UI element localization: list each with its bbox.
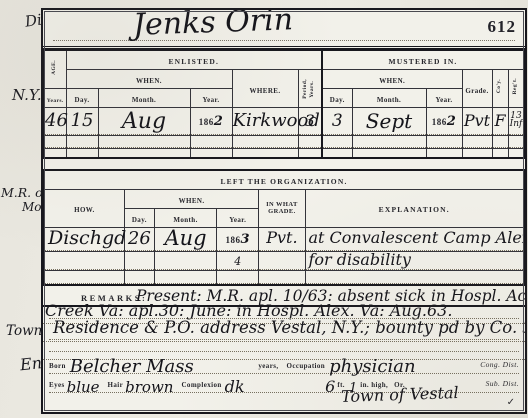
enl-year-label: Year. [202, 96, 219, 104]
must-month-header: Month. [352, 89, 426, 108]
how-label: HOW. [74, 206, 95, 214]
how-cell: Dischgd [44, 227, 124, 251]
left-grade-cell: Pvt. [259, 227, 305, 251]
occupation-label: Occupation [286, 362, 325, 373]
must-year-header: Year. [426, 89, 462, 108]
enl-day-header: Day. [66, 89, 98, 108]
left-year-printed: 186 [225, 235, 240, 245]
blank-cell [462, 136, 492, 149]
blank-cell [44, 251, 124, 270]
enl-month-header: Month. [98, 89, 190, 108]
enl-year-printed: 186 [199, 117, 214, 127]
cong-dist-label: Cong. Dist. [480, 361, 519, 373]
mustered-label: MUSTERED IN. [389, 57, 458, 66]
how-header-cell: HOW. [44, 189, 124, 227]
left-year-note: 4 [234, 255, 241, 268]
left-month-label: Month. [173, 216, 197, 224]
enl-day-value: 15 [71, 110, 94, 131]
name-row: Jenks Orin 612 [43, 10, 525, 49]
years-label: years, [258, 362, 278, 373]
left-year-digit: 3 [240, 232, 250, 247]
grade-value: Pvt [464, 111, 490, 130]
inwhatgrade-label-2: GRADE. [259, 208, 304, 215]
enl-month-cell: Aug [98, 108, 190, 136]
blank-cell [66, 136, 98, 149]
inwhatgrade-header-cell: IN WHAT GRADE. [259, 189, 305, 227]
period-header-cell: Period,Years. [298, 70, 322, 108]
blank-cell [190, 136, 232, 149]
left-day-value: 26 [128, 228, 151, 249]
blank-cell [508, 136, 524, 149]
occupation-value: physician [329, 358, 415, 376]
left-when-label: WHEN. [179, 197, 205, 205]
age-sub-cell: Years. [44, 89, 66, 108]
margin-note-muster-ref2: Mo [22, 201, 42, 213]
company-header-cell: Co'y. [492, 70, 508, 108]
eyes-label: Eyes [49, 381, 65, 392]
enl-day-cell: 15 [66, 108, 98, 136]
grade-label: Grade. [465, 87, 488, 95]
company-value: F [494, 111, 505, 130]
left-when-cell: WHEN. [124, 189, 259, 208]
record-card: Jenks Orin 612 AGE. ENLISTED. MUSTERED I… [41, 8, 527, 414]
left-year-label: Year. [229, 216, 246, 224]
blank-cell [492, 149, 508, 158]
name-rule [53, 40, 515, 41]
blank-cell [492, 136, 508, 149]
enlisted-header-cell: ENLISTED. [66, 50, 322, 70]
blank-cell [44, 136, 66, 149]
blank-cell [298, 136, 322, 149]
district-row: Town of Vestal ✓ [49, 393, 519, 412]
must-year-printed: 186 [432, 117, 447, 127]
blank-cell [322, 149, 352, 158]
blank-cell [154, 270, 216, 285]
period-value: 3 [305, 111, 315, 130]
blank-cell [98, 136, 190, 149]
blank-cell [259, 270, 305, 285]
age-years-label: Years. [47, 98, 64, 104]
blank-cell [352, 136, 426, 149]
blank-cell [508, 149, 524, 158]
blank-cell [154, 251, 216, 270]
left-month-cell: Aug [154, 227, 216, 251]
enlisted-when-cell: WHEN. [66, 70, 232, 89]
blank-cell [98, 149, 190, 158]
blank-cell [259, 251, 305, 270]
blank-cell [298, 149, 322, 158]
enlisted-when-label: WHEN. [136, 77, 162, 85]
must-day-header: Day. [322, 89, 352, 108]
must-month-cell: Sept [352, 108, 426, 136]
explanation-cell-2: for disability [305, 251, 524, 270]
explanation-label: EXPLANATION. [379, 205, 450, 214]
must-year-digit: 2 [447, 114, 457, 129]
must-month-label: Month. [377, 96, 401, 104]
must-day-label: Day. [330, 96, 345, 104]
born-row: Born Belcher Mass years, Occupation phys… [49, 352, 519, 374]
sub-dist-label: Sub. Dist. [486, 380, 519, 392]
blank-cell [462, 149, 492, 158]
checkmark-icon: ✓ [507, 397, 515, 408]
how-value: Dischgd [48, 227, 126, 249]
grade-header-cell: Grade. [462, 70, 492, 108]
blank-cell [124, 251, 154, 270]
age-header-cell: AGE. [44, 50, 66, 89]
period-label-2: Years. [310, 79, 316, 99]
hair-label: Hair [108, 381, 124, 392]
blank-cell [426, 136, 462, 149]
mustered-when-cell: WHEN. [322, 70, 462, 89]
age-value-cell: 46 [44, 108, 66, 136]
age-value: 46 [45, 110, 68, 131]
regiment-label: Reg't. [513, 78, 519, 94]
enl-month-value: Aug [122, 109, 166, 134]
company-cell: F [492, 108, 508, 136]
blank-cell [44, 270, 124, 285]
left-organization-table: LEFT THE ORGANIZATION. HOW. WHEN. IN WHA… [43, 169, 525, 287]
grade-cell: Pvt [462, 108, 492, 136]
blank-cell [66, 149, 98, 158]
blank-rule [49, 340, 519, 352]
left-year-cell: 1863 [217, 227, 259, 251]
district-value: Town of Vestal [341, 385, 459, 405]
must-year-cell: 1862 [426, 108, 462, 136]
record-page: Dig N.Y. M.R. oct 63 Mo Town R Enl Jenks… [0, 0, 528, 418]
left-month-header: Month. [154, 208, 216, 227]
period-cell: 3 [298, 108, 322, 136]
enl-year-cell: 1862 [190, 108, 232, 136]
where-header-cell: WHERE. [232, 70, 298, 108]
regiment-value: 13 Inf [509, 112, 524, 129]
blank-cell [322, 136, 352, 149]
regiment-cell: 13 Inf [508, 108, 524, 136]
enl-month-label: Month. [132, 96, 156, 104]
blank-cell [44, 149, 66, 158]
where-cell: Kirkwood [232, 108, 298, 136]
blank-cell [426, 149, 462, 158]
left-year-note-cell: 4 [217, 251, 259, 270]
explanation-cell-1: at Convalescent Camp Alex. Va [305, 227, 524, 251]
soldier-name: Jenks Orin [133, 8, 294, 41]
left-grade-value: Pvt. [266, 228, 297, 247]
residence-line: Residence & P.O. address Vestal, N.Y.; b… [49, 319, 519, 340]
enl-day-label: Day. [74, 96, 89, 104]
enlistment-muster-table: AGE. ENLISTED. MUSTERED IN. WHEN. WHERE.… [43, 49, 525, 159]
left-org-title-cell: LEFT THE ORGANIZATION. [44, 170, 524, 190]
blank-cell [190, 149, 232, 158]
enl-year-digit: 2 [214, 114, 224, 129]
blank-cell [232, 149, 298, 158]
must-year-label: Year. [435, 96, 452, 104]
born-label: Born [49, 362, 66, 373]
blank-cell [217, 270, 259, 285]
left-org-title: LEFT THE ORGANIZATION. [220, 177, 347, 186]
left-day-label: Day. [132, 216, 147, 224]
blank-cell [352, 149, 426, 158]
blank-cell [305, 270, 524, 285]
enl-year-header: Year. [190, 89, 232, 108]
born-value: Belcher Mass [70, 358, 194, 376]
mustered-when-label: WHEN. [379, 77, 405, 85]
where-label: WHERE. [250, 87, 281, 95]
blank-cell [232, 136, 298, 149]
explanation-line-1: at Convalescent Camp Alex. Va [309, 228, 528, 247]
enlisted-label: ENLISTED. [168, 57, 219, 66]
personal-section: Residence & P.O. address Vestal, N.Y.; b… [43, 305, 525, 412]
left-year-header: Year. [217, 208, 259, 227]
blank-cell [124, 270, 154, 285]
must-month-value: Sept [366, 109, 412, 133]
left-day-cell: 26 [124, 227, 154, 251]
left-day-header: Day. [124, 208, 154, 227]
inwhatgrade-label-1: IN WHAT [259, 201, 304, 208]
complexion-label: Complexion [181, 381, 221, 392]
left-month-value: Aug [164, 226, 206, 250]
explanation-header-cell: EXPLANATION. [305, 189, 524, 227]
must-day-cell: 3 [322, 108, 352, 136]
mustered-header-cell: MUSTERED IN. [322, 50, 524, 70]
explanation-line-2: for disability [309, 250, 411, 269]
age-label: AGE. [52, 60, 58, 75]
company-label: Co'y. [497, 79, 503, 93]
must-day-value: 3 [332, 111, 343, 131]
regiment-header-cell: Reg't. [508, 70, 524, 108]
page-number: 612 [488, 17, 517, 37]
margin-note-state: N.Y. [12, 88, 42, 103]
residence-text: Residence & P.O. address Vestal, N.Y.; b… [53, 320, 527, 337]
